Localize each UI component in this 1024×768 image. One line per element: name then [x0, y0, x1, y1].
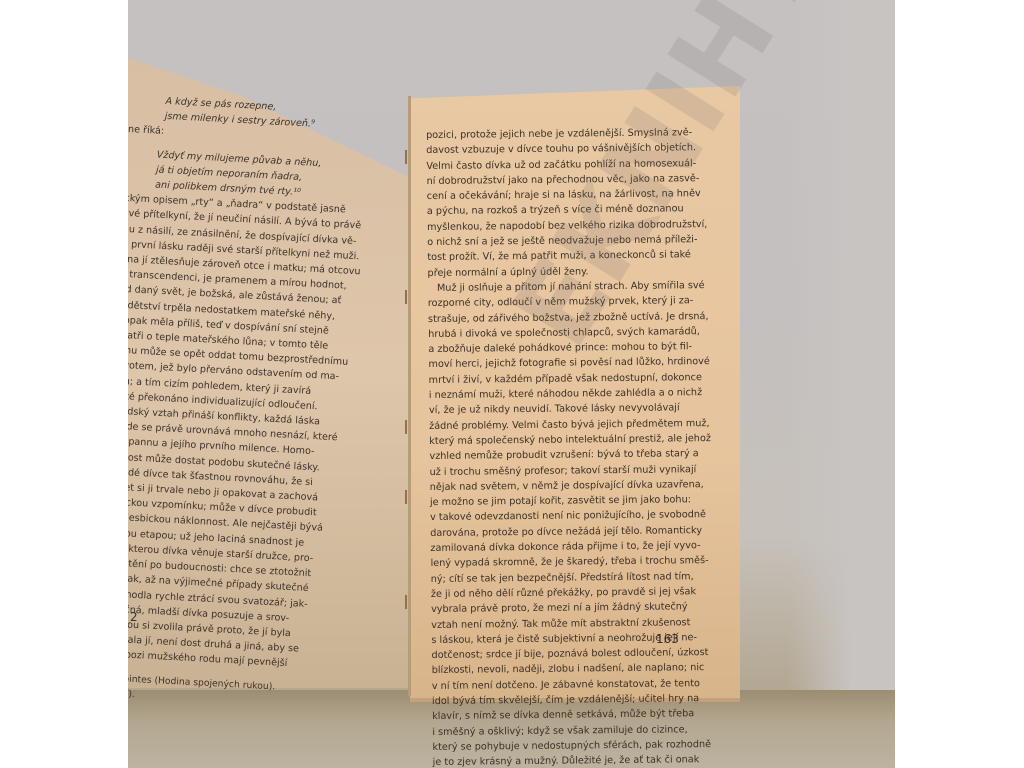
binding-stitch — [405, 420, 415, 434]
binding-stitch — [405, 490, 415, 504]
book-photo: A když se pás rozepne,jsme milenky i ses… — [128, 0, 895, 768]
text-line: je to zjev krásný a mužný. Důležité je, … — [433, 752, 743, 768]
binding-stitch — [405, 150, 415, 164]
text-line: lený vypadá skromně, že je škaredý, třeb… — [430, 553, 740, 572]
right-page-number: 163 — [656, 632, 679, 646]
binding-stitch — [405, 290, 415, 304]
background-wall — [788, 0, 895, 768]
left-page-number: 2 — [130, 610, 138, 624]
left-page-text: A když se pás rozepne,jsme milenky i ses… — [128, 92, 400, 714]
binding-stitch — [405, 595, 415, 609]
